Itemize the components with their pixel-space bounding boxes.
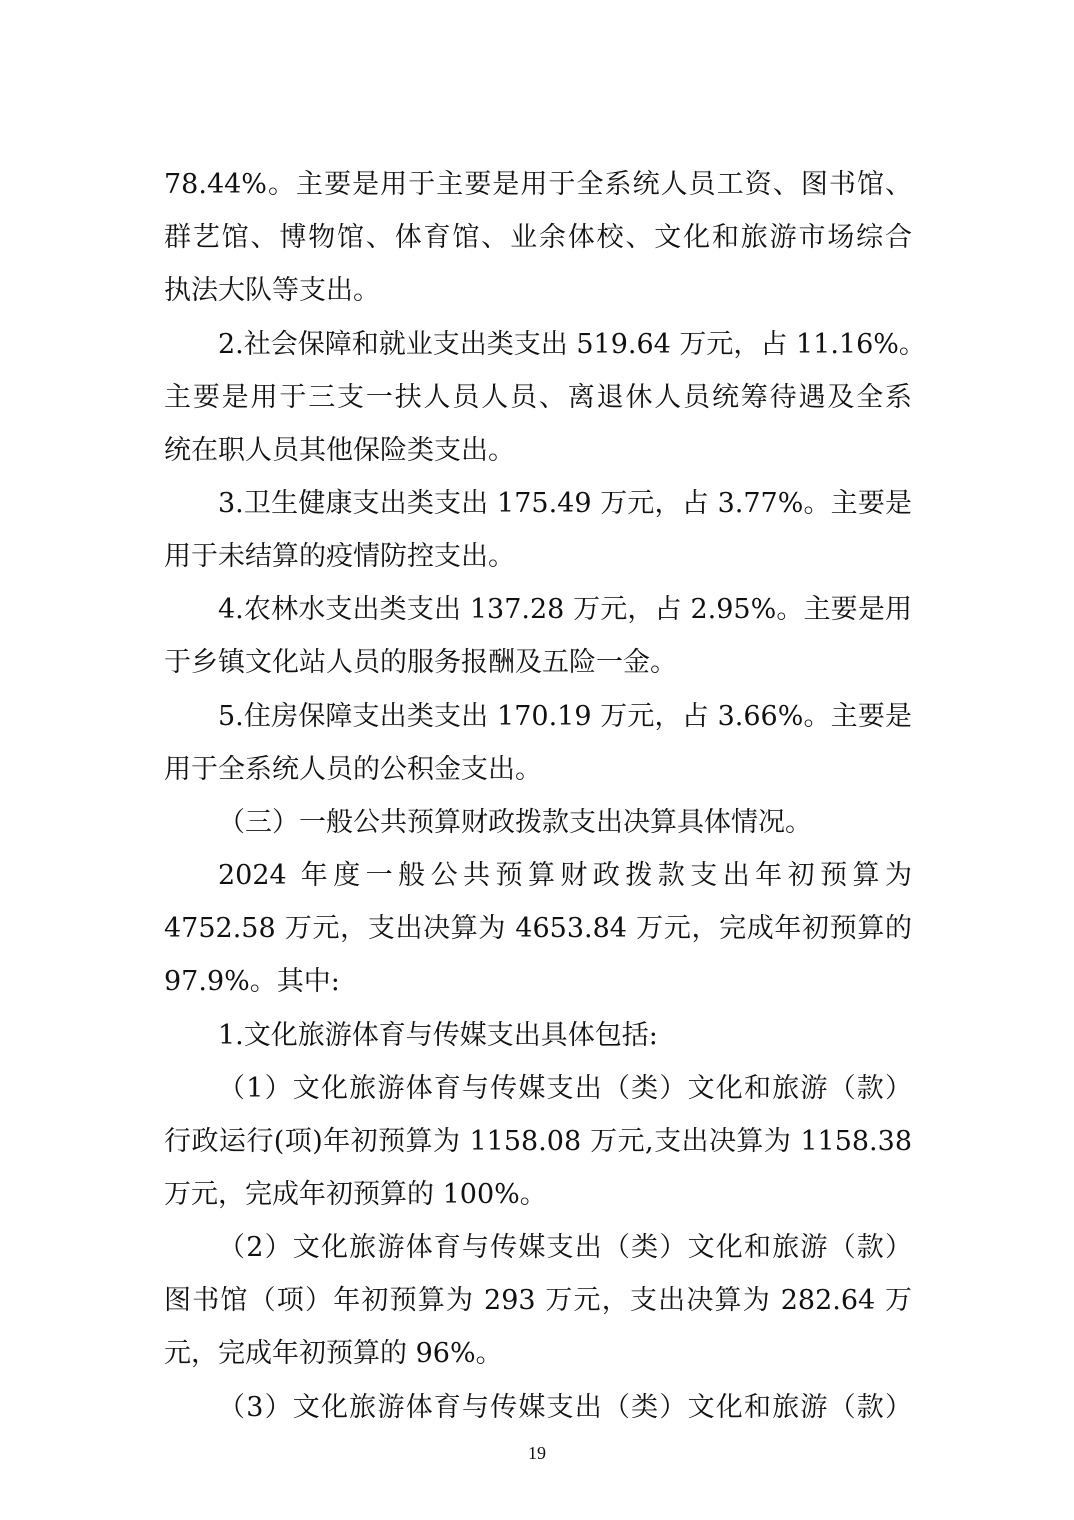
paragraph-line: 97.9%。其中:: [164, 962, 912, 1002]
paragraph-line: （2）文化旅游体育与传媒支出（类）文化和旅游（款）: [218, 1228, 912, 1268]
paragraph-line: 于乡镇文化站人员的服务报酬及五险一金。: [164, 643, 912, 683]
paragraph-line: 4752.58 万元，支出决算为 4653.84 万元，完成年初预算的: [164, 909, 912, 949]
paragraph-line: 行政运行(项)年初预算为 1158.08 万元,支出决算为 1158.38: [164, 1122, 912, 1162]
paragraph-line: 4.农林水支出类支出 137.28 万元，占 2.95%。主要是用: [218, 590, 912, 630]
document-page: 78.44%。主要是用于主要是用于全系统人员工资、图书馆、 群艺馆、博物馆、体育…: [0, 0, 1074, 1520]
paragraph-line: 2024 年度一般公共预算财政拨款支出年初预算为: [218, 856, 912, 896]
paragraph-line: （1）文化旅游体育与传媒支出（类）文化和旅游（款）: [218, 1069, 912, 1109]
paragraph-line: 3.卫生健康支出类支出 175.49 万元，占 3.77%。主要是: [218, 484, 912, 524]
paragraph-line: 用于未结算的疫情防控支出。: [164, 537, 912, 577]
page-number: 19: [0, 1443, 1074, 1464]
section-heading: （三）一般公共预算财政拨款支出决算具体情况。: [218, 803, 912, 843]
paragraph-line: 2.社会保障和就业支出类支出 519.64 万元，占 11.16%。: [218, 325, 912, 365]
paragraph-line: 用于全系统人员的公积金支出。: [164, 750, 912, 790]
paragraph-line: 万元，完成年初预算的 100%。: [164, 1175, 912, 1215]
paragraph-line: 群艺馆、博物馆、体育馆、业余体校、文化和旅游市场综合: [164, 218, 912, 258]
paragraph-line: 执法大队等支出。: [164, 271, 912, 311]
paragraph-line: 5.住房保障支出类支出 170.19 万元，占 3.66%。主要是: [218, 697, 912, 737]
paragraph-line: 统在职人员其他保险类支出。: [164, 431, 912, 471]
paragraph-line: 图书馆（项）年初预算为 293 万元，支出决算为 282.64 万: [164, 1281, 912, 1321]
paragraph-line: （3）文化旅游体育与传媒支出（类）文化和旅游（款）: [218, 1388, 912, 1428]
paragraph-line: 主要是用于三支一扶人员人员、离退休人员统筹待遇及全系: [164, 378, 912, 418]
subsection-heading: 1.文化旅游体育与传媒支出具体包括:: [218, 1016, 912, 1056]
paragraph-line: 元，完成年初预算的 96%。: [164, 1334, 912, 1374]
paragraph-line: 78.44%。主要是用于主要是用于全系统人员工资、图书馆、: [164, 165, 912, 205]
